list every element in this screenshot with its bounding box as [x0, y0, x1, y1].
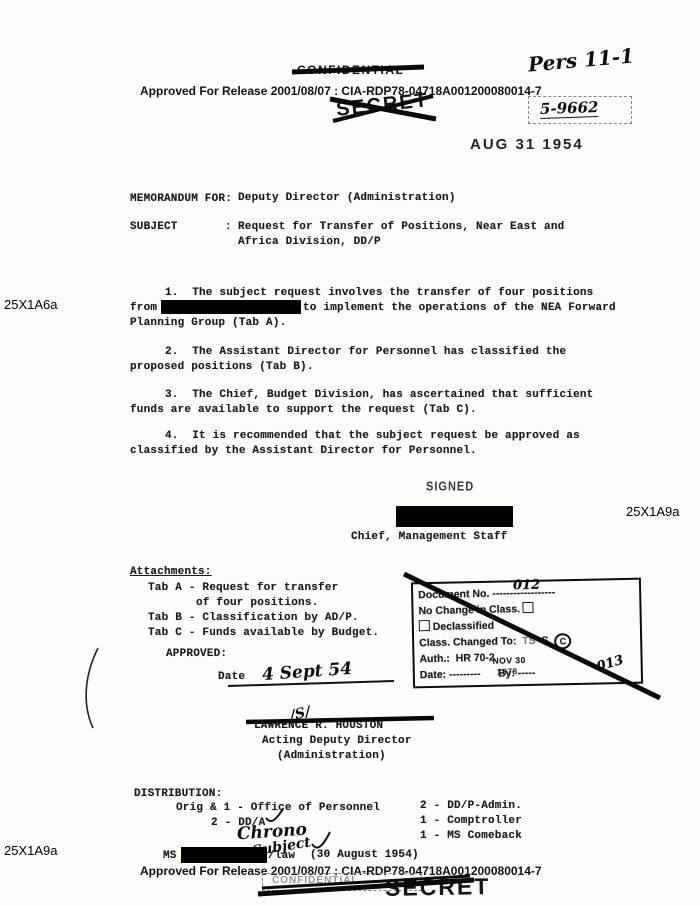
distribution-left1: Orig & 1 - Office of Personnel: [176, 802, 380, 814]
stampbox-auth: Auth.: HR 70-2: [419, 652, 495, 666]
distribution-label: DISTRIBUTION:: [134, 788, 222, 800]
date-stamp-year: 1978: [497, 666, 518, 676]
subject-line1: Request for Transfer of Positions, Near …: [238, 221, 564, 233]
handwritten-doc-no: 012: [513, 578, 540, 594]
margin-code-25x1a9a-right: 25X1A9a: [626, 504, 680, 519]
handwritten-ref: Pers 11-1: [527, 43, 635, 76]
para4-line2: classified by the Assistant Director for…: [130, 445, 477, 457]
handwritten-checkmark-subject: [312, 832, 330, 848]
para1-line1: 1. The subject request involves the tran…: [165, 287, 593, 299]
class-s: S: [541, 635, 548, 647]
secret-stamp-bottom: SECRET: [385, 873, 491, 902]
declassification-stamp-box: Document No. ------------------ No Chang…: [411, 578, 643, 689]
signed-stamp: SIGNED: [426, 480, 474, 494]
subject-line2: Africa Division, DD/P: [238, 236, 381, 248]
ms-line-date: (30 August 1954): [310, 849, 419, 861]
attachment-tab-c: Tab C - Funds available by Budget.: [148, 627, 379, 639]
memorandum-for-label: MEMORANDUM FOR:: [130, 193, 232, 205]
margin-code-25x1a6a: 25X1A6a: [4, 297, 58, 312]
para1-line3: Planning Group (Tab A).: [130, 317, 286, 329]
redaction-bar-para1: [161, 300, 301, 314]
para2-line2: proposed positions (Tab B).: [130, 361, 314, 373]
document-page: 25X1A6a 25X1A9a 25X1A9a Pers 11-1 CONFID…: [0, 0, 700, 906]
para3-line2: funds are available to support the reque…: [130, 404, 477, 416]
distribution-right2: 1 - Comptroller: [420, 815, 522, 827]
para2-line1: 2. The Assistant Director for Personnel …: [165, 346, 566, 358]
redaction-bar-drafter: [181, 847, 267, 863]
stampbox-date-dashes: ---------: [449, 668, 481, 681]
attachments-label: Attachments:: [130, 566, 212, 578]
officer-title-line1: Acting Deputy Director: [262, 735, 412, 747]
officer-title-line2: (Administration): [277, 750, 386, 762]
class-c-circled: C: [554, 633, 571, 649]
handwritten-number: 5-9662: [540, 98, 599, 119]
checkbox-no-change: [523, 602, 534, 613]
stampbox-changed-label: Class. Changed To:: [419, 635, 516, 649]
ms-line-pre: MS: [163, 850, 177, 862]
date-stamp-month: NOV 30: [492, 655, 525, 666]
chief-title: Chief, Management Staff: [351, 531, 507, 543]
para1-line2-post: to implement the operations of the NEA F…: [303, 302, 616, 314]
checkbox-declassified: [419, 620, 430, 631]
date-received-stamp: AUG 31 1954: [470, 136, 584, 153]
subject-colon: :: [225, 221, 232, 233]
stampbox-declass-label: Declassified: [433, 620, 495, 633]
stampbox-by-dashes: -----: [518, 667, 536, 679]
stampbox-nochange-label: No Change in Class.: [418, 603, 520, 617]
para4-line1: 4. It is recommended that the subject re…: [165, 430, 580, 442]
pen-curve-left-margin: [86, 648, 98, 728]
attachment-tab-a-cont: of four positions.: [196, 597, 318, 609]
para1-line2-pre: from: [130, 302, 157, 314]
para3-line1: 3. The Chief, Budget Division, has ascer…: [165, 389, 593, 401]
attachment-tab-a: Tab A - Request for transfer: [148, 582, 338, 594]
handwritten-approval-date: 4 Sept 54: [261, 659, 352, 685]
approved-label: APPROVED:: [166, 648, 227, 660]
stampbox-docno-label: Document No.: [418, 588, 489, 601]
confidential-stamp-top: CONFIDENTIAL: [297, 63, 404, 77]
attachment-tab-b: Tab B - Classification by AD/P.: [148, 612, 359, 624]
subject-label: SUBJECT: [130, 221, 178, 233]
confidential-stamp-bottom: CONFIDENTIAL: [272, 875, 358, 886]
ms-line-post: /law: [268, 850, 295, 862]
redaction-bar-signature: [396, 506, 513, 527]
memorandum-for-value: Deputy Director (Administration): [238, 192, 456, 204]
officer-name: LAWRENCE R. HOUSTON: [254, 720, 383, 732]
class-ts: TS: [522, 635, 536, 647]
distribution-right3: 1 - MS Comeback: [420, 830, 522, 842]
stampbox-date-label: Date:: [420, 669, 447, 682]
margin-code-25x1a9a-left: 25X1A9a: [4, 843, 58, 858]
distribution-right1: 2 - DD/P-Admin.: [420, 800, 522, 812]
date-label: Date: [218, 671, 245, 683]
approved-release-line-top: Approved For Release 2001/08/07 : CIA-RD…: [140, 84, 542, 98]
